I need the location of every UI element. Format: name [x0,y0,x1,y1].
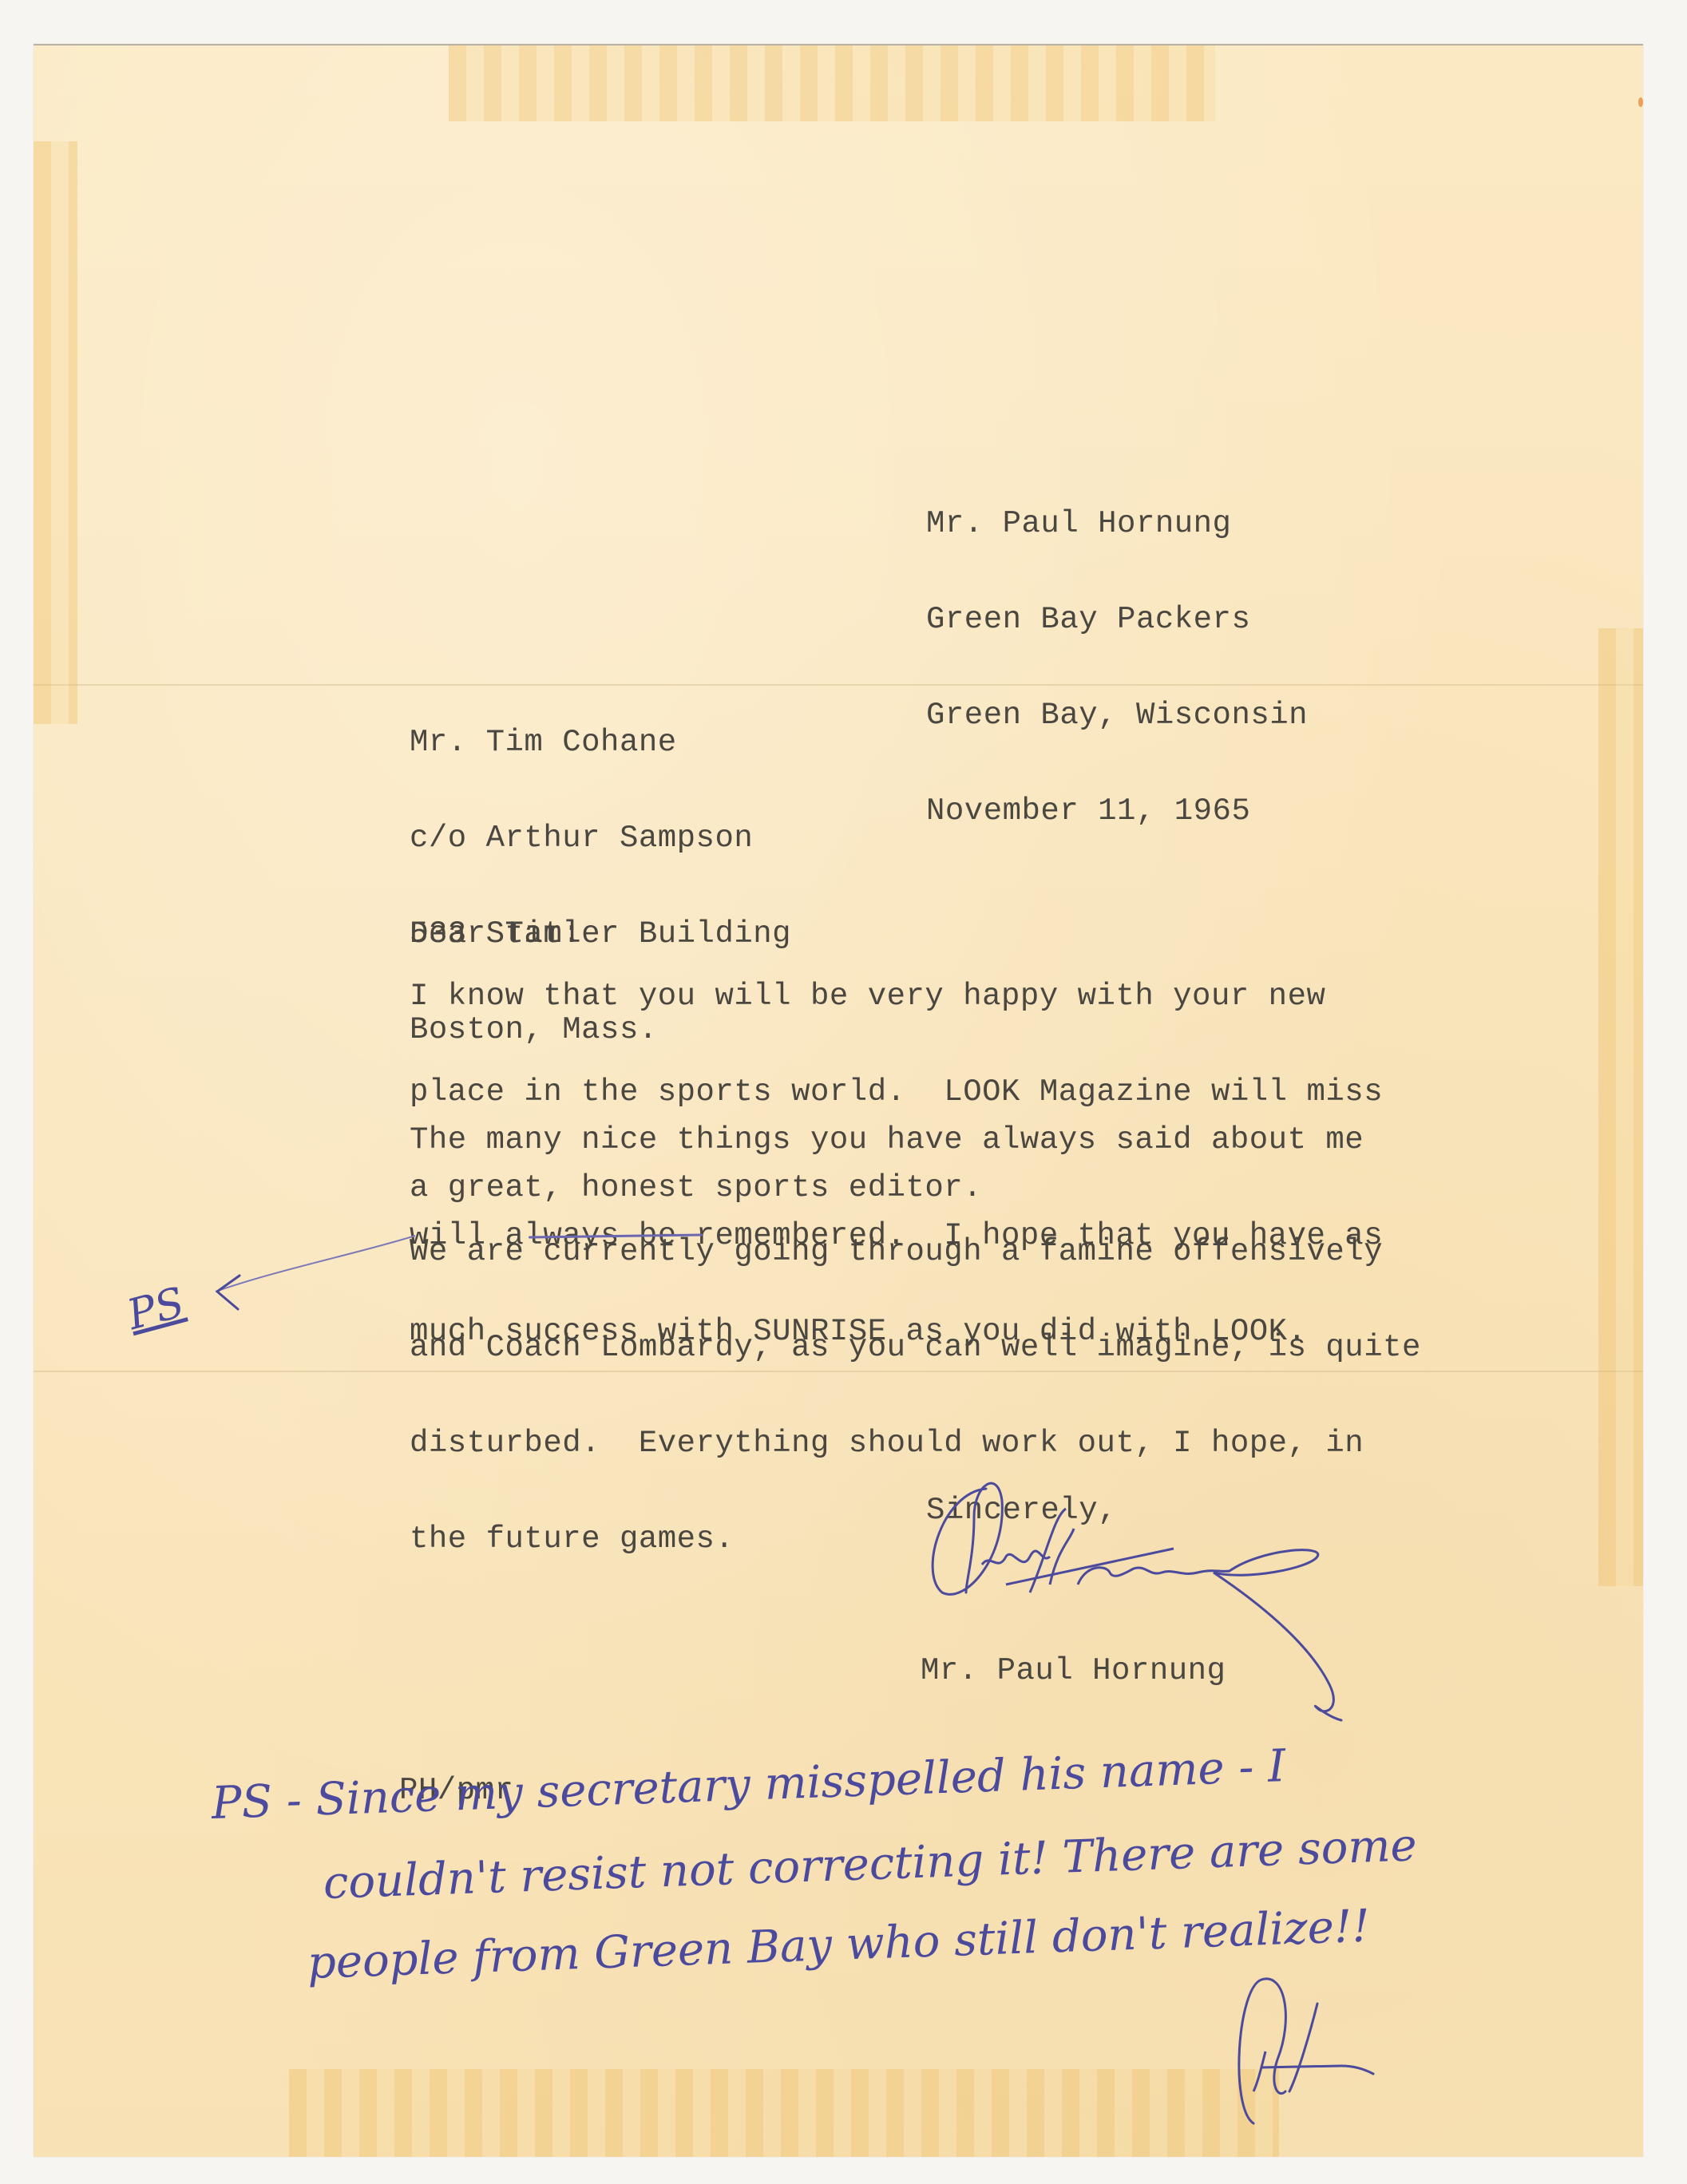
paragraph-line: and Coach Lombardy, as you can well imag… [410,1331,1421,1363]
tape-stain-top [449,45,1215,121]
handwritten-initials-icon [1206,1972,1397,2131]
handwritten-postscript: PS - Since my secretary misspelled his n… [212,1764,1417,2004]
paragraph-line: We are currently going through a famine … [410,1236,1421,1268]
tape-stain-bottom [289,2069,1279,2157]
paragraph-line: I know that you will be very happy with … [410,980,1383,1012]
paragraph-line: The many nice things you have always sai… [410,1124,1383,1156]
sender-block: Mr. Paul Hornung Green Bay Packers Green… [926,444,1308,859]
sender-location: Green Bay, Wisconsin [926,699,1308,731]
tape-stain-left [34,141,77,724]
recipient-name: Mr. Tim Cohane [410,726,791,758]
tape-stain-right [1598,628,1643,1586]
fold-crease-top [34,684,1643,686]
signature-name: Mr. Paul Hornung [921,1655,1226,1687]
ink-spot [1638,97,1643,107]
recipient-care-of: c/o Arthur Sampson [410,822,791,854]
sender-org: Green Bay Packers [926,603,1308,635]
typed-signature: Mr. Paul Hornung [921,1591,1226,1719]
letter-date: November 11, 1965 [926,795,1308,827]
sender-name: Mr. Paul Hornung [926,508,1308,540]
